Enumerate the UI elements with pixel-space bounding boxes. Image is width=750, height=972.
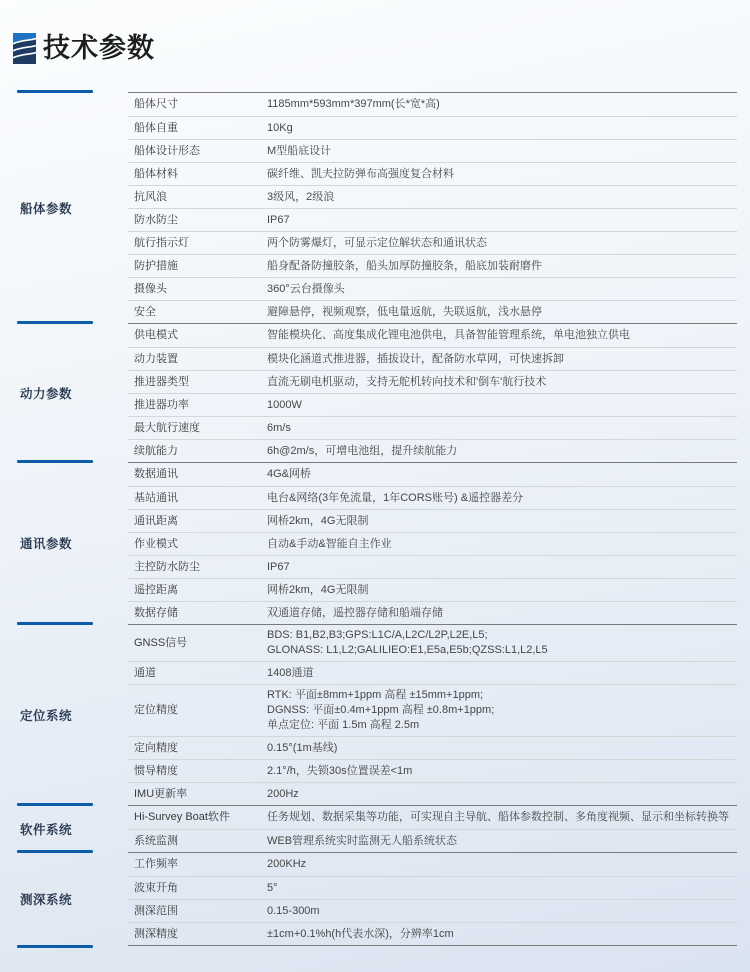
row-label: 惯导精度 bbox=[128, 764, 267, 779]
row-value: 0.15-300m bbox=[267, 904, 737, 919]
row-value: 10Kg bbox=[267, 121, 737, 136]
category-divider-bar bbox=[17, 850, 93, 853]
row-label: 防护措施 bbox=[128, 259, 267, 274]
row-label: 通道 bbox=[128, 666, 267, 681]
row-label: 数据通讯 bbox=[128, 467, 267, 482]
category-cell: 动力参数 bbox=[0, 323, 128, 462]
table-row: 航行指示灯两个防雾爆灯，可显示定位解状态和通讯状态 bbox=[128, 231, 737, 254]
row-value: 3级风，2级浪 bbox=[267, 190, 737, 205]
row-value: 1185mm*593mm*397mm(长*宽*高) bbox=[267, 97, 737, 112]
row-value: RTK: 平面±8mm+1ppm 高程 ±15mm+1ppm; DGNSS: 平… bbox=[267, 688, 737, 733]
table-row: 防护措施船身配备防撞胶条，船头加厚防撞胶条，船底加装耐磨件 bbox=[128, 254, 737, 277]
row-value: M型船底设计 bbox=[267, 144, 737, 159]
row-label: 工作频率 bbox=[128, 857, 267, 872]
row-value: 网桥2km，4G无限制 bbox=[267, 514, 737, 529]
row-value: 360°云台摄像头 bbox=[267, 282, 737, 297]
table-row: 波束开角5° bbox=[128, 876, 737, 899]
row-value: IP67 bbox=[267, 213, 737, 228]
row-label: Hi-Survey Boat软件 bbox=[128, 810, 267, 825]
row-label: 作业模式 bbox=[128, 537, 267, 552]
row-label: 数据存储 bbox=[128, 606, 267, 621]
spec-rows: 数据通讯4G&网桥基站通讯电台&网络(3年免流量，1年CORS账号) &遥控器差… bbox=[128, 462, 737, 624]
row-label: 航行指示灯 bbox=[128, 236, 267, 251]
category-cell: 通讯参数 bbox=[0, 462, 128, 624]
row-label: 安全 bbox=[128, 305, 267, 320]
row-value: ±1cm+0.1%h(h代表水深)，分辨率1cm bbox=[267, 927, 737, 942]
spec-rows: 供电模式智能模块化、高度集成化锂电池供电，具备智能管理系统，单电池独立供电动力装… bbox=[128, 323, 737, 462]
row-label: 最大航行速度 bbox=[128, 421, 267, 436]
row-value: IP67 bbox=[267, 560, 737, 575]
category-cell: 定位系统 bbox=[0, 624, 128, 805]
row-label: 船体设计形态 bbox=[128, 144, 267, 159]
row-label: 续航能力 bbox=[128, 444, 267, 459]
row-value: 网桥2km，4G无限制 bbox=[267, 583, 737, 598]
row-value: 避障悬停，视频观察，低电量返航，失联返航，浅水悬停 bbox=[267, 305, 737, 320]
row-label: 测深精度 bbox=[128, 927, 267, 942]
spec-rows: Hi-Survey Boat软件任务规划、数据采集等功能，可实现自主导航、船体参… bbox=[128, 805, 737, 852]
row-value: 智能模块化、高度集成化锂电池供电，具备智能管理系统，单电池独立供电 bbox=[267, 328, 737, 343]
row-label: 船体材料 bbox=[128, 167, 267, 182]
table-row: IMU更新率200Hz bbox=[128, 782, 737, 805]
spec-table: 船体参数船体尺寸1185mm*593mm*397mm(长*宽*高)船体自重10K… bbox=[0, 92, 750, 946]
category-divider-bar bbox=[17, 803, 93, 806]
table-row: 基站通讯电台&网络(3年免流量，1年CORS账号) &遥控器差分 bbox=[128, 486, 737, 509]
table-row: 船体材料碳纤维、凯夫拉防弹布高强度复合材料 bbox=[128, 162, 737, 185]
table-row: Hi-Survey Boat软件任务规划、数据采集等功能，可实现自主导航、船体参… bbox=[128, 806, 737, 829]
row-label: 摄像头 bbox=[128, 282, 267, 297]
row-value: WEB管理系统实时监测无人船系统状态 bbox=[267, 834, 737, 849]
table-row: 遥控距离网桥2km，4G无限制 bbox=[128, 578, 737, 601]
table-row: 定向精度0.15°(1m基线) bbox=[128, 736, 737, 759]
table-row: 数据存储双通道存储，遥控器存储和船端存储 bbox=[128, 601, 737, 624]
category-cell: 船体参数 bbox=[0, 92, 128, 323]
row-label: GNSS信号 bbox=[128, 636, 267, 651]
page-title: 技术参数 bbox=[43, 33, 155, 64]
category-divider-bar bbox=[17, 945, 93, 948]
spec-rows: GNSS信号BDS: B1,B2,B3;GPS:L1C/A,L2C/L2P,L2… bbox=[128, 624, 737, 805]
row-value: 5° bbox=[267, 881, 737, 896]
category-label: 动力参数 bbox=[0, 384, 72, 402]
row-label: 主控防水防尘 bbox=[128, 560, 267, 575]
row-label: 防水防尘 bbox=[128, 213, 267, 228]
table-row: 防水防尘IP67 bbox=[128, 208, 737, 231]
table-row: 系统监测WEB管理系统实时监测无人船系统状态 bbox=[128, 829, 737, 852]
row-label: 定位精度 bbox=[128, 703, 267, 718]
row-value: 6h@2m/s，可增电池组，提升续航能力 bbox=[267, 444, 737, 459]
table-row: GNSS信号BDS: B1,B2,B3;GPS:L1C/A,L2C/L2P,L2… bbox=[128, 625, 737, 661]
table-row: 摄像头360°云台摄像头 bbox=[128, 277, 737, 300]
table-row: 安全避障悬停，视频观察，低电量返航，失联返航，浅水悬停 bbox=[128, 300, 737, 323]
table-row: 抗风浪3级风，2级浪 bbox=[128, 185, 737, 208]
row-value: 两个防雾爆灯，可显示定位解状态和通讯状态 bbox=[267, 236, 737, 251]
row-value: 模块化涵道式推进器，插拔设计，配备防水草网，可快速拆卸 bbox=[267, 352, 737, 367]
spec-group: 动力参数供电模式智能模块化、高度集成化锂电池供电，具备智能管理系统，单电池独立供… bbox=[0, 323, 750, 462]
row-value: 6m/s bbox=[267, 421, 737, 436]
row-value: BDS: B1,B2,B3;GPS:L1C/A,L2C/L2P,L2E,L5; … bbox=[267, 628, 737, 658]
spec-rows: 工作频率200KHz波束开角5°测深范围0.15-300m测深精度±1cm+0.… bbox=[128, 852, 737, 946]
brand-wave-icon bbox=[13, 33, 36, 64]
table-row: 测深范围0.15-300m bbox=[128, 899, 737, 922]
row-label: 船体尺寸 bbox=[128, 97, 267, 112]
spec-group: 测深系统工作频率200KHz波束开角5°测深范围0.15-300m测深精度±1c… bbox=[0, 852, 750, 946]
table-row: 船体尺寸1185mm*593mm*397mm(长*宽*高) bbox=[128, 93, 737, 116]
table-row: 船体自重10Kg bbox=[128, 116, 737, 139]
table-row: 数据通讯4G&网桥 bbox=[128, 463, 737, 486]
row-value: 4G&网桥 bbox=[267, 467, 737, 482]
category-label: 船体参数 bbox=[0, 199, 72, 217]
table-row: 动力装置模块化涵道式推进器，插拔设计，配备防水草网，可快速拆卸 bbox=[128, 347, 737, 370]
row-value: 双通道存储，遥控器存储和船端存储 bbox=[267, 606, 737, 621]
category-label: 测深系统 bbox=[0, 890, 72, 908]
row-label: 通讯距离 bbox=[128, 514, 267, 529]
row-value: 200Hz bbox=[267, 787, 737, 802]
spec-group: 船体参数船体尺寸1185mm*593mm*397mm(长*宽*高)船体自重10K… bbox=[0, 92, 750, 323]
row-label: 测深范围 bbox=[128, 904, 267, 919]
category-divider-bar bbox=[17, 460, 93, 463]
row-value: 自动&手动&智能自主作业 bbox=[267, 537, 737, 552]
row-value: 0.15°(1m基线) bbox=[267, 741, 737, 756]
spec-group: 定位系统GNSS信号BDS: B1,B2,B3;GPS:L1C/A,L2C/L2… bbox=[0, 624, 750, 805]
row-label: 供电模式 bbox=[128, 328, 267, 343]
category-label: 定位系统 bbox=[0, 706, 72, 724]
table-row: 定位精度RTK: 平面±8mm+1ppm 高程 ±15mm+1ppm; DGNS… bbox=[128, 684, 737, 736]
table-row: 主控防水防尘IP67 bbox=[128, 555, 737, 578]
row-label: 基站通讯 bbox=[128, 491, 267, 506]
row-label: IMU更新率 bbox=[128, 787, 267, 802]
category-label: 软件系统 bbox=[0, 820, 72, 838]
row-label: 抗风浪 bbox=[128, 190, 267, 205]
table-row: 推进器功率1000W bbox=[128, 393, 737, 416]
category-label: 通讯参数 bbox=[0, 534, 72, 552]
category-divider-bar bbox=[17, 321, 93, 324]
spec-rows: 船体尺寸1185mm*593mm*397mm(长*宽*高)船体自重10Kg船体设… bbox=[128, 92, 737, 323]
table-row: 通道1408通道 bbox=[128, 661, 737, 684]
category-cell: 测深系统 bbox=[0, 852, 128, 946]
row-label: 定向精度 bbox=[128, 741, 267, 756]
spec-group: 软件系统Hi-Survey Boat软件任务规划、数据采集等功能，可实现自主导航… bbox=[0, 805, 750, 852]
row-value: 200KHz bbox=[267, 857, 737, 872]
row-value: 碳纤维、凯夫拉防弹布高强度复合材料 bbox=[267, 167, 737, 182]
page-header: 技术参数 bbox=[0, 0, 750, 64]
row-value: 直流无刷电机驱动，支持无舵机转向技术和'倒车'航行技术 bbox=[267, 375, 737, 390]
row-label: 船体自重 bbox=[128, 121, 267, 136]
row-label: 系统监测 bbox=[128, 834, 267, 849]
row-label: 波束开角 bbox=[128, 881, 267, 896]
category-divider-bar bbox=[17, 90, 93, 93]
row-value: 任务规划、数据采集等功能，可实现自主导航、船体参数控制、多角度视频、显示和坐标转… bbox=[267, 810, 737, 825]
table-row: 工作频率200KHz bbox=[128, 853, 737, 876]
table-row: 惯导精度2.1°/h，失锁30s位置误差<1m bbox=[128, 759, 737, 782]
row-label: 遥控距离 bbox=[128, 583, 267, 598]
row-label: 动力装置 bbox=[128, 352, 267, 367]
table-row: 最大航行速度6m/s bbox=[128, 416, 737, 439]
spec-group: 通讯参数数据通讯4G&网桥基站通讯电台&网络(3年免流量，1年CORS账号) &… bbox=[0, 462, 750, 624]
category-cell: 软件系统 bbox=[0, 805, 128, 852]
table-row: 推进器类型直流无刷电机驱动，支持无舵机转向技术和'倒车'航行技术 bbox=[128, 370, 737, 393]
table-row: 续航能力6h@2m/s，可增电池组，提升续航能力 bbox=[128, 439, 737, 462]
row-label: 推进器功率 bbox=[128, 398, 267, 413]
table-row: 船体设计形态M型船底设计 bbox=[128, 139, 737, 162]
row-label: 推进器类型 bbox=[128, 375, 267, 390]
row-value: 1000W bbox=[267, 398, 737, 413]
row-value: 电台&网络(3年免流量，1年CORS账号) &遥控器差分 bbox=[267, 491, 737, 506]
table-row: 作业模式自动&手动&智能自主作业 bbox=[128, 532, 737, 555]
table-row: 供电模式智能模块化、高度集成化锂电池供电，具备智能管理系统，单电池独立供电 bbox=[128, 324, 737, 347]
table-row: 测深精度±1cm+0.1%h(h代表水深)，分辨率1cm bbox=[128, 922, 737, 945]
row-value: 1408通道 bbox=[267, 666, 737, 681]
row-value: 2.1°/h，失锁30s位置误差<1m bbox=[267, 764, 737, 779]
table-row: 通讯距离网桥2km，4G无限制 bbox=[128, 509, 737, 532]
row-value: 船身配备防撞胶条，船头加厚防撞胶条，船底加装耐磨件 bbox=[267, 259, 737, 274]
category-divider-bar bbox=[17, 622, 93, 625]
